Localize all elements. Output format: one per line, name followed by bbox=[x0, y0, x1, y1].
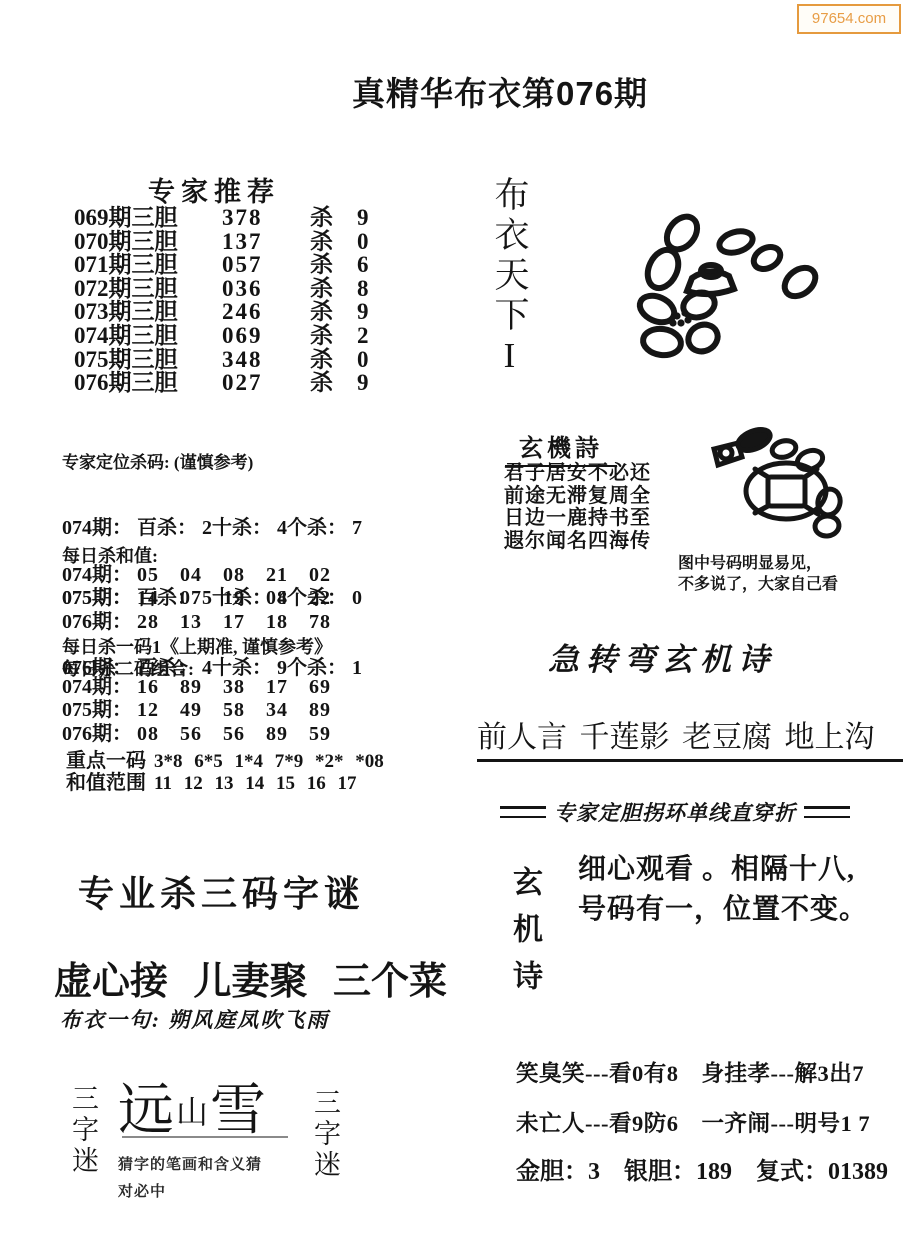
page-title: 真精华布衣第076期 bbox=[352, 68, 648, 115]
poem-line: 前途无滞复周全 bbox=[504, 485, 651, 508]
expert-row: 076期三胆027杀9 bbox=[74, 371, 369, 395]
poem-line: 遐尔闻名四海传 bbox=[504, 530, 651, 553]
sharp-turn-line: 前人言 千莲影 老豆腐 地上沟 bbox=[477, 712, 903, 762]
daily-two-kill-row: 075期： 12 49 58 34 89 bbox=[62, 699, 331, 722]
chain-links-ingot-coins-sketch-icon bbox=[610, 196, 890, 386]
daily-sum-kill-row: 074期： 05 04 08 21 02 bbox=[62, 564, 331, 587]
xuanji2-vertical-label: 玄机诗 bbox=[502, 866, 546, 1007]
daily-sum-kill-row: 076期： 28 13 17 18 78 bbox=[62, 611, 331, 634]
daily-sum-kill-rows: 074期： 05 04 08 21 02 075期： 14 07 19 08 2… bbox=[62, 564, 331, 634]
daily-two-kill-row: 076期： 08 56 56 89 59 bbox=[62, 723, 331, 746]
riddle-header: 专业杀三码字谜 bbox=[78, 866, 365, 917]
daily-sum-kill-row: 075期： 14 07 19 08 22 bbox=[62, 587, 331, 610]
expert-row: 072期三胆036杀8 bbox=[74, 277, 369, 301]
sharp-turn-header: 急转弯玄机诗 bbox=[548, 634, 776, 679]
three-char-riddle-left: 三字迷 bbox=[64, 1084, 103, 1177]
expert-recommend-list: 069期三胆378杀9 070期三胆137杀0 071期三胆057杀6 072期… bbox=[74, 206, 369, 395]
expert-row: 074期三胆069杀2 bbox=[74, 324, 369, 348]
poem-line: 日边一鹿持书至 bbox=[504, 507, 651, 530]
watermark-link[interactable]: 97654.com bbox=[797, 4, 901, 34]
expert-recommend-header: 专家推荐 bbox=[148, 170, 280, 209]
riddle-note-2: 对必中 bbox=[118, 1180, 166, 1201]
expert-row: 069期三胆378杀9 bbox=[74, 206, 369, 230]
ancient-coin-beads-sketch-icon bbox=[692, 413, 890, 551]
riddle-note-1: 猜字的笔画和含义猜 bbox=[118, 1153, 262, 1174]
clue-line-1: 笑臭笑---看0有8 身挂孝---解3出7 bbox=[516, 1056, 864, 1088]
position-kill-row: 074期： 百杀： 2十杀： 4个杀： 7 bbox=[62, 517, 362, 540]
daily-two-kill-rows: 074期： 16 89 38 17 69 075期： 12 49 58 34 8… bbox=[62, 676, 331, 746]
xuanji2-text: 细心观看 。相隔十八, 号码有一，位置不变。 bbox=[578, 850, 868, 930]
riddle-line: 虚心接 儿妻聚 三个菜 bbox=[54, 950, 447, 1005]
three-char-riddle-right: 三字迷 bbox=[306, 1088, 345, 1181]
expert-row: 071期三胆057杀6 bbox=[74, 253, 369, 277]
expert-row: 075期三胆348杀0 bbox=[74, 348, 369, 372]
xuanji-poem: 君子居安不必还 前途无滞复周全 日边一鹿持书至 遐尔闻名四海传 bbox=[504, 462, 651, 552]
gold-dan-line: 金胆：3 银胆：189 复式：01389（7） bbox=[516, 1151, 903, 1186]
clue-line-2: 未亡人---看9防6 一齐闹---明号1 7 bbox=[516, 1106, 870, 1138]
double-line-right bbox=[804, 806, 850, 818]
picture-note: 图中号码明显易见， 不多说了，大家自己看 bbox=[678, 553, 838, 595]
buyi-sentence: 布衣一句: 朔风庭凤吹飞雨 bbox=[60, 1004, 329, 1034]
expert-dan-banner: 专家定胆拐环单线直穿折 bbox=[500, 797, 850, 827]
underline-decoration bbox=[122, 1136, 288, 1138]
daily-two-kill-row: 074期： 16 89 38 17 69 bbox=[62, 676, 331, 699]
riddle-answer-big: 远山雪 bbox=[118, 1066, 268, 1146]
vertical-title-buyitianxia: 布衣天下I bbox=[484, 176, 534, 380]
expert-row: 070期三胆137杀0 bbox=[74, 230, 369, 254]
expert-row: 073期三胆246杀9 bbox=[74, 300, 369, 324]
double-line-left bbox=[500, 806, 546, 818]
sum-range-row: 和值范围11 12 13 14 15 16 17 bbox=[66, 766, 356, 795]
poem-line: 君子居安不必还 bbox=[504, 462, 651, 485]
